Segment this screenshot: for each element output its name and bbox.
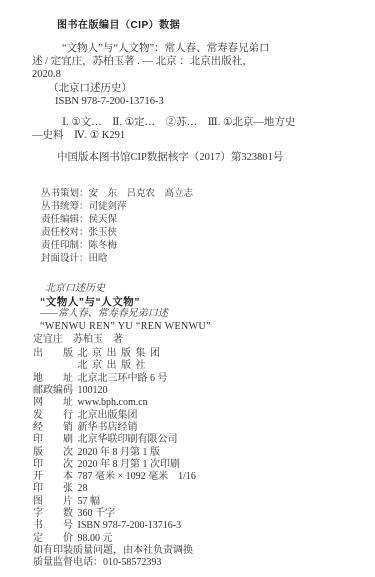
staff-row: 丛书策划：安 东 吕克农 高立志 (41, 188, 375, 201)
footer-section: 如有印装质量问题，由本社负责调换 质量监督电话：010-58572393 (33, 545, 375, 570)
publication-row-pictures: 图片 57 幅 (33, 496, 375, 508)
pub-label: 出版 (33, 348, 73, 360)
series-name: 北京口述历史 (45, 283, 375, 296)
cip-line-1: “文物人”与“人文物”：常人春、常寿春兄弟口 (32, 42, 349, 55)
pub-value: 新华书店经销 (78, 422, 138, 433)
pub-value: 北京华联印刷有限公司 (78, 434, 178, 445)
pub-value: ISBN 978-7-200-13716-3 (78, 520, 182, 531)
cip-line-2: 述 / 定宜庄，苏柏玉著 . — 北京 ：北京出版社， (32, 55, 349, 68)
cip-isbn-line: ISBN 978-7-200-13716-3 (32, 95, 349, 108)
staff-role: 责任校对： (41, 228, 89, 238)
pub-label: 版次 (33, 447, 73, 459)
book-pinyin: “WENWU REN” YU “REN WENWU” (40, 321, 375, 334)
pub-label: 字数 (33, 508, 73, 520)
publication-row-publisher2: 北京出版社 (33, 360, 375, 372)
staff-row: 封面设计：田晗 (41, 253, 375, 266)
staff-name: 司徒剑萍 (89, 202, 127, 212)
staff-name: 陈冬梅 (89, 241, 118, 251)
pub-label: 印次 (33, 459, 73, 471)
publication-row-distributor: 发行 北京出版集团 (33, 410, 375, 422)
pub-label: 印张 (33, 483, 73, 495)
pub-value: 2020 年 8 月第 1 版 (78, 447, 161, 458)
staff-name: 安 东 吕克农 高立志 (89, 189, 194, 199)
publication-row-format: 开本 787 毫米 × 1092 毫米 1/16 (33, 471, 375, 483)
publication-row-seller: 经销 新华书店经销 (33, 422, 375, 434)
cip-record-number: 中国版本图书馆CIP数据核字（2017）第323801号 (57, 151, 375, 164)
pub-label: 网址 (33, 397, 73, 409)
book-title: “文物人”与“人文物” (40, 296, 375, 309)
publication-row-website: 网址 www.bph.com.cn (33, 397, 375, 409)
book-subtitle: ——常人春、常寿春兄弟口述 (40, 308, 375, 321)
pub-value: 北京出版集团 (78, 410, 138, 421)
staff-name: 侯天保 (89, 215, 118, 225)
publication-row-publisher: 出版 北京出版集团 (33, 348, 375, 360)
pub-value: 北京出版社 (78, 360, 151, 371)
pub-label: 定价 (33, 533, 73, 545)
publication-row-sheets: 印张 28 (33, 483, 375, 495)
pub-label: 经销 (33, 422, 73, 434)
publication-row-printer: 印刷 北京华联印刷有限公司 (33, 434, 375, 446)
quality-note: 如有印装质量问题，由本社负责调换 (33, 545, 375, 557)
staff-section: 丛书策划：安 东 吕克农 高立志 丛书统筹：司徒剑萍 责任编辑：侯天保 责任校对… (41, 188, 375, 267)
pub-value: 北京北三环中路 6 号 (78, 373, 168, 384)
pub-value: 360 千字 (78, 508, 116, 519)
pub-value: 28 (78, 483, 88, 494)
publication-row-wordcount: 字数 360 千字 (33, 508, 375, 520)
staff-role: 丛书策划： (41, 189, 89, 199)
pub-label: 印刷 (33, 434, 73, 446)
publication-row-address: 地址 北京北三环中路 6 号 (33, 373, 375, 385)
pub-label: 邮政编码 (33, 385, 73, 397)
staff-role: 封面设计： (41, 254, 89, 264)
cip-class-line-2: —史料 Ⅳ. ① K291 (32, 129, 349, 142)
pub-label: 图片 (33, 496, 73, 508)
book-authors: 定宜庄 苏柏玉 著 (33, 334, 375, 347)
pub-value: 98.00 元 (78, 533, 113, 544)
pub-label: 发行 (33, 410, 73, 422)
cip-classification: Ⅰ. ①文… Ⅱ. ①定… ②苏… Ⅲ. ①北京—地方史 —史料 Ⅳ. ① K2… (32, 116, 349, 142)
publication-row-postcode: 邮政编码 100120 (33, 385, 375, 397)
staff-row: 责任编辑：侯天保 (41, 214, 375, 227)
staff-row: 责任印制：陈冬梅 (41, 240, 375, 253)
pub-value: 北京出版集团 (78, 348, 165, 359)
pub-value: 2020 年 8 月第 1 次印刷 (78, 459, 181, 470)
pub-value: 787 毫米 × 1092 毫米 1/16 (78, 471, 196, 482)
staff-role: 责任印制： (41, 241, 89, 251)
publication-section: 出版 北京出版集团 北京出版社 地址 北京北三环中路 6 号 邮政编码 1001… (33, 348, 375, 545)
pub-label: 书号 (33, 520, 73, 532)
staff-role: 责任编辑： (41, 215, 89, 225)
copyright-page: 图书在版编目（CIP）数据 “文物人”与“人文物”：常人春、常寿春兄弟口 述 /… (0, 0, 375, 577)
book-title-section: 北京口述历史 “文物人”与“人文物” ——常人春、常寿春兄弟口述 “WENWU … (40, 283, 375, 346)
pub-label: 地址 (33, 373, 73, 385)
pub-value: www.bph.com.cn (78, 397, 148, 408)
cip-paragraph: “文物人”与“人文物”：常人春、常寿春兄弟口 述 / 定宜庄，苏柏玉著 . — … (32, 42, 349, 108)
cip-heading: 图书在版编目（CIP）数据 (57, 16, 347, 31)
pub-label: 开本 (33, 471, 73, 483)
pub-value: 100120 (78, 385, 108, 396)
cip-class-line-1: Ⅰ. ①文… Ⅱ. ①定… ②苏… Ⅲ. ①北京—地方史 (32, 116, 349, 129)
cip-section: 图书在版编目（CIP）数据 “文物人”与“人文物”：常人春、常寿春兄弟口 述 /… (0, 16, 375, 165)
cip-line-3: 2020.8 (32, 68, 349, 81)
cip-series-line: （北京口述历史） (32, 82, 349, 95)
staff-name: 田晗 (89, 254, 108, 264)
publication-row-price: 定价 98.00 元 (33, 533, 375, 545)
publication-row-isbn: 书号 ISBN 978-7-200-13716-3 (33, 520, 375, 532)
publication-row-impression: 印次 2020 年 8 月第 1 次印刷 (33, 459, 375, 471)
staff-row: 丛书统筹：司徒剑萍 (41, 201, 375, 214)
quality-phone: 质量监督电话：010-58572393 (33, 557, 375, 569)
staff-role: 丛书统筹： (41, 202, 89, 212)
pub-value: 57 幅 (78, 496, 101, 507)
publication-row-edition: 版次 2020 年 8 月第 1 版 (33, 447, 375, 459)
staff-row: 责任校对：张玉侠 (41, 227, 375, 240)
staff-name: 张玉侠 (89, 228, 118, 238)
